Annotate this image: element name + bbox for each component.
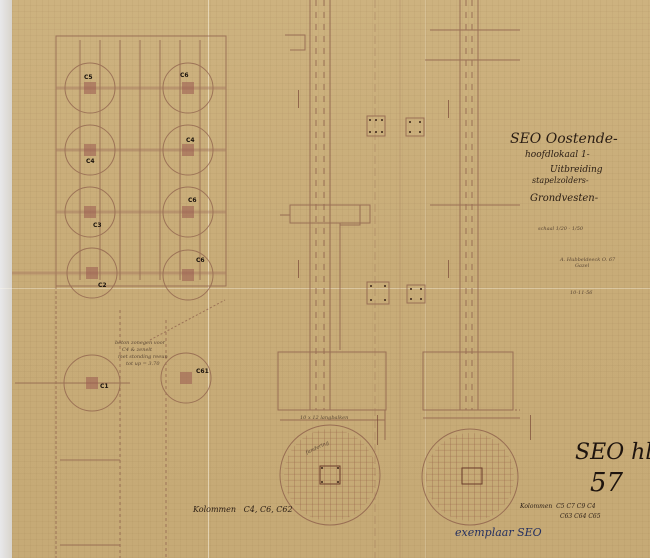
column-id: C64: [574, 513, 586, 520]
column-label: C6: [180, 72, 189, 79]
column-id: C62: [276, 505, 292, 514]
plan-note: beton zonegen voor: [115, 340, 165, 346]
column-id: C4: [244, 505, 255, 514]
columns-left: Kolommen C4, C6, C62: [193, 505, 293, 514]
column-label: C5: [84, 74, 93, 81]
drawing-subtitle: stapelzolders-: [532, 176, 589, 185]
signature: Gazel: [575, 263, 589, 269]
drawing-subtitle: Uitbreiding: [550, 165, 603, 175]
column-label: C6: [196, 257, 205, 264]
columns-right-row2: C63 C64 C65: [560, 513, 601, 520]
column-id: C6: [260, 505, 271, 514]
sheet-reference: SEO hlk 1: [575, 440, 650, 465]
column-label: C2: [98, 282, 107, 289]
columns-label: Kolommen: [520, 503, 552, 510]
column-label: C61: [196, 368, 209, 375]
scale-note: schaal 1/20 - 1/50: [538, 226, 583, 232]
columns-right: Kolommen C5 C7 C9 C4: [520, 503, 596, 510]
drawing-sheet: C5 C6 C4 C4 C3 C6 C2 C6 C1 C61 beton zon…: [0, 0, 650, 558]
column-label: C3: [93, 222, 102, 229]
column-label: C1: [100, 383, 109, 390]
column-label: C4: [86, 158, 95, 165]
drawing-title: SEO Oostende-: [510, 131, 618, 147]
columns-label: Kolommen: [193, 505, 236, 514]
column-id: C4: [587, 503, 595, 510]
drawing-subtitle: hoofdlokaal 1-: [525, 150, 590, 160]
column-id: C5: [556, 503, 564, 510]
plan-note: met stonding reeun: [118, 354, 168, 360]
sheet-number: 57: [590, 468, 623, 498]
plan-note: C4 & zenelt: [122, 347, 152, 353]
column-id: C63: [560, 513, 572, 520]
drawing-subtitle: Grondvesten-: [530, 193, 598, 204]
date: 10-11-56: [570, 290, 592, 296]
column-id: C7: [566, 503, 574, 510]
drawing-linework: [0, 0, 650, 558]
bars-label: 10 x 12 langbalken: [300, 415, 348, 421]
column-label: C6: [188, 197, 197, 204]
column-id: C9: [577, 503, 585, 510]
plan-note: tot up = 3.70: [126, 361, 160, 367]
copy-stamp: exemplaar SEO: [455, 526, 542, 539]
column-label: C4: [186, 137, 195, 144]
column-id: C65: [588, 513, 600, 520]
